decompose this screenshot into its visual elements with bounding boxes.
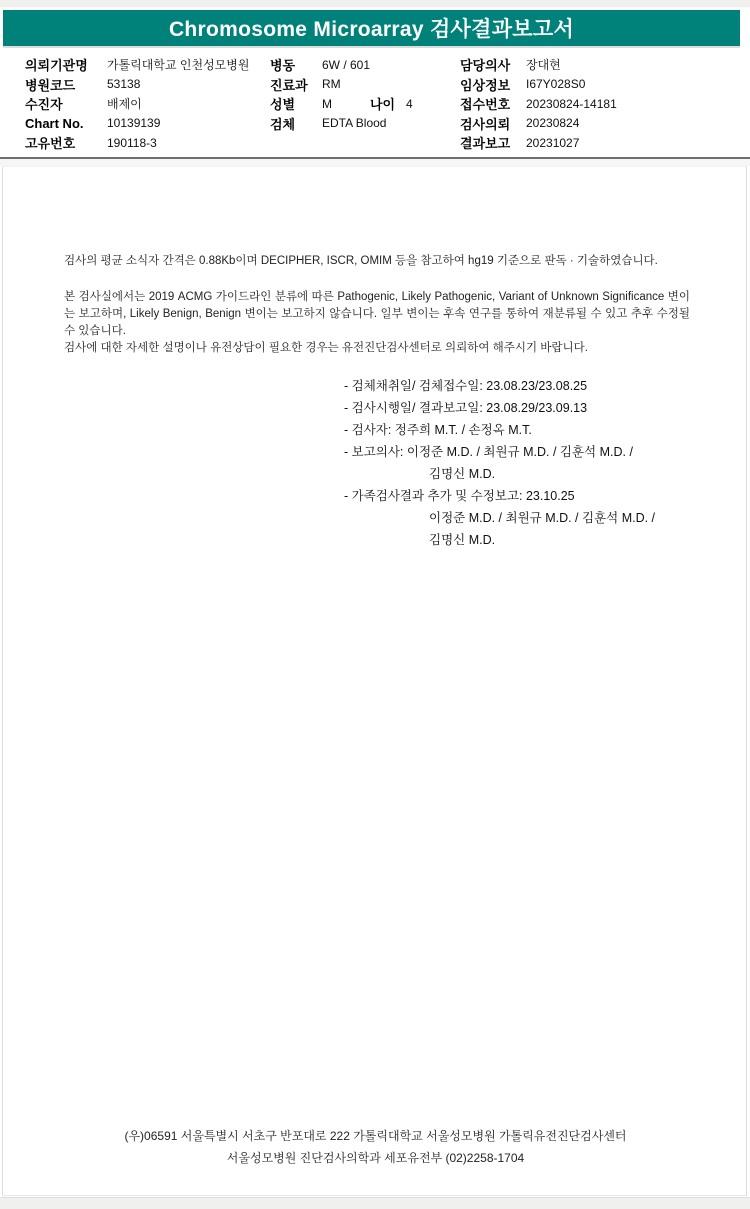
- sex-value: M: [322, 97, 370, 111]
- info-row-doctor: 담당의사 장대현: [460, 55, 617, 75]
- info-row-test-requested: 검사의뢰 20230824: [460, 114, 617, 134]
- note-collection-dates: - 검체채취일/ 검체접수일: 23.08.23/23.08.25: [344, 375, 655, 397]
- result-reported-label: 결과보고: [460, 133, 526, 152]
- counseling-notice-paragraph: 검사에 대한 자세한 설명이나 유전상담이 필요한 경우는 유전진단검사센터로 …: [64, 340, 690, 357]
- patient-name-value: 배제이: [107, 95, 142, 112]
- clinical-info-label: 임상정보: [460, 75, 526, 94]
- patient-name-label: 수진자: [25, 94, 107, 113]
- info-row-patient-name: 수진자 배제이: [25, 94, 249, 114]
- info-row-sex-age: 성별 M 나이 4: [270, 94, 413, 114]
- info-row-institution: 의뢰기관명 가톨릭대학교 인천성모병원: [25, 55, 249, 75]
- section-divider-shade: [0, 159, 750, 166]
- report-body: 검사의 평균 소식자 간격은 0.88Kb이며 DECIPHER, ISCR, …: [2, 166, 747, 1196]
- department-value: RM: [322, 77, 341, 91]
- page-title: Chromosome Microarray 검사결과보고서: [169, 13, 574, 43]
- probe-spacing-paragraph: 검사의 평균 소식자 간격은 0.88Kb이며 DECIPHER, ISCR, …: [64, 253, 690, 270]
- age-value: 4: [406, 97, 413, 111]
- patient-info-right-column: 담당의사 장대현 임상정보 I67Y028S0 접수번호 20230824-14…: [460, 55, 617, 153]
- acmg-policy-paragraph: 본 검사실에서는 2019 ACMG 가이드라인 분류에 따른 Pathogen…: [64, 289, 690, 340]
- note-amendment-doctors-cont: 김명신 M.D.: [344, 529, 655, 551]
- specimen-value: EDTA Blood: [322, 116, 386, 130]
- sex-label: 성별: [270, 94, 322, 113]
- info-row-hospital-code: 병원코드 53138: [25, 75, 249, 95]
- info-row-department: 진료과 RM: [270, 75, 413, 95]
- note-family-amendment: - 가족검사결과 추가 및 수정보고: 23.10.25: [344, 485, 655, 507]
- footer-address-line: (우)06591 서울특별시 서초구 반포대로 222 가톨릭대학교 서울성모병…: [3, 1125, 748, 1147]
- unique-id-label: 고유번호: [25, 133, 107, 152]
- note-amendment-doctors: 이정준 M.D. / 최원규 M.D. / 김훈석 M.D. /: [344, 507, 655, 529]
- specimen-label: 검체: [270, 114, 322, 133]
- patient-info-middle-column: 병동 6W / 601 진료과 RM 성별 M 나이 4 검체 EDTA Blo…: [270, 55, 413, 133]
- info-row-specimen: 검체 EDTA Blood: [270, 114, 413, 134]
- note-test-dates: - 검사시행일/ 결과보고일: 23.08.29/23.09.13: [344, 397, 655, 419]
- footer-contact-line: 서울성모병원 진단검사의학과 세포유전부 (02)2258-1704: [3, 1147, 748, 1169]
- ward-value: 6W / 601: [322, 58, 370, 72]
- age-label: 나이: [370, 94, 406, 113]
- accession-no-value: 20230824-14181: [526, 97, 617, 111]
- info-row-clinical-info: 임상정보 I67Y028S0: [460, 75, 617, 95]
- doctor-label: 담당의사: [460, 55, 526, 74]
- note-technologists: - 검사자: 정주희 M.T. / 손정옥 M.T.: [344, 419, 655, 441]
- unique-id-value: 190118-3: [107, 136, 157, 150]
- note-reporting-doctors: - 보고의사: 이정준 M.D. / 최원규 M.D. / 김훈석 M.D. /: [344, 441, 655, 463]
- info-row-ward: 병동 6W / 601: [270, 55, 413, 75]
- institution-label: 의뢰기관명: [25, 55, 107, 74]
- test-requested-label: 검사의뢰: [460, 114, 526, 133]
- department-label: 진료과: [270, 75, 322, 94]
- result-reported-value: 20231027: [526, 136, 579, 150]
- info-row-accession-no: 접수번호 20230824-14181: [460, 94, 617, 114]
- test-requested-value: 20230824: [526, 116, 579, 130]
- note-reporting-doctors-cont: 김명신 M.D.: [344, 463, 655, 485]
- doctor-value: 장대현: [526, 56, 561, 73]
- institution-value: 가톨릭대학교 인천성모병원: [107, 56, 249, 73]
- hospital-code-value: 53138: [107, 77, 140, 91]
- accession-no-label: 접수번호: [460, 94, 526, 113]
- clinical-info-value: I67Y028S0: [526, 77, 585, 91]
- chart-no-label: Chart No.: [25, 116, 107, 131]
- report-title-band: Chromosome Microarray 검사결과보고서: [3, 10, 740, 48]
- bottom-edge-strip: [0, 1197, 750, 1209]
- top-edge-strip: [0, 0, 750, 8]
- info-row-chart-no: Chart No. 10139139: [25, 114, 249, 134]
- report-notes-list: - 검체채취일/ 검체접수일: 23.08.23/23.08.25 - 검사시행…: [344, 375, 655, 551]
- hospital-code-label: 병원코드: [25, 75, 107, 94]
- report-footer: (우)06591 서울특별시 서초구 반포대로 222 가톨릭대학교 서울성모병…: [3, 1125, 748, 1169]
- reporting-policy-paragraphs: 본 검사실에서는 2019 ACMG 가이드라인 분류에 따른 Pathogen…: [64, 289, 690, 357]
- info-row-result-reported: 결과보고 20231027: [460, 133, 617, 153]
- info-row-unique-id: 고유번호 190118-3: [25, 133, 249, 153]
- patient-info-left-column: 의뢰기관명 가톨릭대학교 인천성모병원 병원코드 53138 수진자 배제이 C…: [25, 55, 249, 153]
- chart-no-value: 10139139: [107, 116, 160, 130]
- ward-label: 병동: [270, 55, 322, 74]
